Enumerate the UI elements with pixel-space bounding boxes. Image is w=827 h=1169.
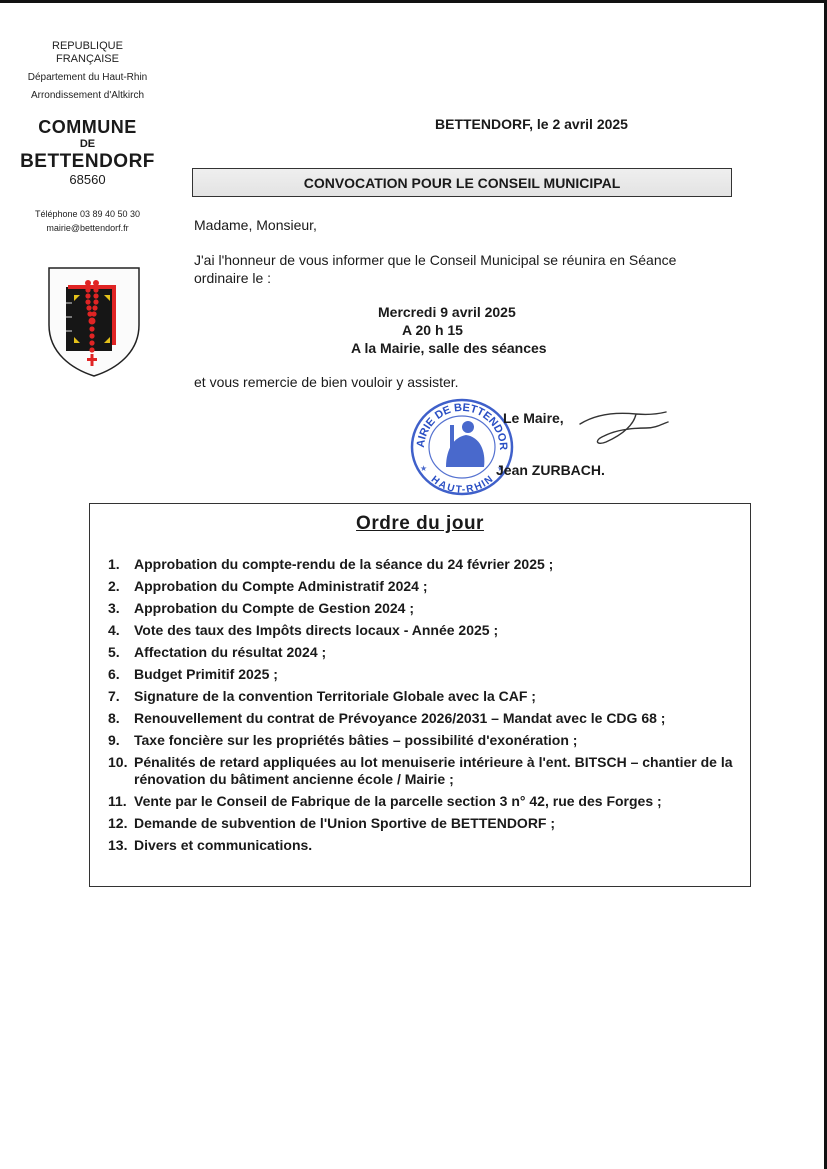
meeting-place: A la Mairie, salle des séances: [351, 339, 827, 357]
department: Département du Haut-Rhin: [0, 72, 175, 83]
agenda-item-text: Affectation du résultat 2024 ;: [134, 644, 738, 661]
agenda-item-text: Demande de subvention de l'Union Sportiv…: [134, 815, 738, 832]
republic-line-2: FRANÇAISE: [0, 53, 175, 66]
signature-icon: [576, 404, 672, 452]
agenda-item-number: 11.: [108, 793, 134, 810]
agenda-item: 13.Divers et communications.: [108, 837, 738, 854]
agenda-item-number: 8.: [108, 710, 134, 727]
email: mairie@bettendorf.fr: [0, 223, 175, 233]
closing-line: et vous remercie de bien vouloir y assis…: [194, 374, 459, 390]
agenda-item-text: Budget Primitif 2025 ;: [134, 666, 738, 683]
agenda-item: 8.Renouvellement du contrat de Prévoyanc…: [108, 710, 738, 727]
agenda-item: 12.Demande de subvention de l'Union Spor…: [108, 815, 738, 832]
agenda-item: 3.Approbation du Compte de Gestion 2024 …: [108, 600, 738, 617]
letterhead: REPUBLIQUE FRANÇAISE Département du Haut…: [0, 40, 175, 233]
signatory-name: Jean ZURBACH.: [496, 462, 605, 478]
de-label: DE: [0, 137, 175, 151]
document-title: CONVOCATION POUR LE CONSEIL MUNICIPAL: [192, 168, 732, 197]
republic-line-1: REPUBLIQUE: [0, 40, 175, 53]
agenda-item-text: Approbation du Compte Administratif 2024…: [134, 578, 738, 595]
agenda-item-text: Renouvellement du contrat de Prévoyance …: [134, 710, 738, 727]
agenda-item-number: 6.: [108, 666, 134, 683]
agenda-item-text: Vente par le Conseil de Fabrique de la p…: [134, 793, 738, 810]
agenda-item-number: 9.: [108, 732, 134, 749]
agenda-item: 6.Budget Primitif 2025 ;: [108, 666, 738, 683]
agenda-item-number: 3.: [108, 600, 134, 617]
agenda-item-text: Signature de la convention Territoriale …: [134, 688, 738, 705]
meeting-time: A 20 h 15: [402, 321, 827, 339]
agenda-section: Ordre du jour 1.Approbation du compte-re…: [89, 503, 751, 887]
agenda-item: 4.Vote des taux des Impôts directs locau…: [108, 622, 738, 639]
agenda-item-text: Taxe foncière sur les propriétés bâties …: [134, 732, 738, 749]
postal-code: 68560: [0, 172, 175, 188]
coat-of-arms-icon: [46, 265, 142, 379]
agenda-title: Ordre du jour: [90, 513, 750, 535]
agenda-item-number: 10.: [108, 754, 134, 788]
agenda-item-number: 5.: [108, 644, 134, 661]
intro-paragraph: J'ai l'honneur de vous informer que le C…: [194, 251, 734, 287]
agenda-item-number: 4.: [108, 622, 134, 639]
agenda-item-number: 1.: [108, 556, 134, 573]
agenda-item: 10.Pénalités de retard appliquées au lot…: [108, 754, 738, 788]
agenda-item-text: Approbation du Compte de Gestion 2024 ;: [134, 600, 738, 617]
agenda-item-number: 7.: [108, 688, 134, 705]
agenda-list: 1.Approbation du compte-rendu de la séan…: [108, 556, 738, 859]
agenda-item-number: 2.: [108, 578, 134, 595]
commune-name: BETTENDORF: [0, 151, 175, 172]
meeting-date: Mercredi 9 avril 2025: [378, 303, 827, 321]
telephone: Téléphone 03 89 40 50 30: [0, 209, 175, 219]
agenda-item-text: Divers et communications.: [134, 837, 738, 854]
agenda-item-text: Vote des taux des Impôts directs locaux …: [134, 622, 738, 639]
agenda-item: 5.Affectation du résultat 2024 ;: [108, 644, 738, 661]
agenda-item-number: 13.: [108, 837, 134, 854]
agenda-item-number: 12.: [108, 815, 134, 832]
signatory-title: Le Maire,: [503, 410, 564, 426]
svg-text:★: ★: [420, 464, 427, 473]
agenda-item-text: Pénalités de retard appliquées au lot me…: [134, 754, 738, 788]
scan-edge-top: [0, 0, 827, 3]
agenda-item: 7.Signature de la convention Territorial…: [108, 688, 738, 705]
arrondissement: Arrondissement d'Altkirch: [0, 90, 175, 101]
town-hall-stamp-icon: MAIRIE DE BETTENDORF HAUT-RHIN ★ ★: [406, 397, 516, 497]
salutation: Madame, Monsieur,: [194, 217, 317, 233]
agenda-item: 1.Approbation du compte-rendu de la séan…: [108, 556, 738, 573]
place-and-date: BETTENDORF, le 2 avril 2025: [435, 116, 628, 132]
commune-label: COMMUNE: [0, 117, 175, 137]
agenda-item-text: Approbation du compte-rendu de la séance…: [134, 556, 738, 573]
agenda-item: 2.Approbation du Compte Administratif 20…: [108, 578, 738, 595]
agenda-item: 9.Taxe foncière sur les propriétés bâtie…: [108, 732, 738, 749]
svg-text:HAUT-RHIN: HAUT-RHIN: [429, 474, 495, 495]
meeting-details: Mercredi 9 avril 2025 A 20 h 15 A la Mai…: [194, 303, 734, 357]
agenda-item: 11.Vente par le Conseil de Fabrique de l…: [108, 793, 738, 810]
